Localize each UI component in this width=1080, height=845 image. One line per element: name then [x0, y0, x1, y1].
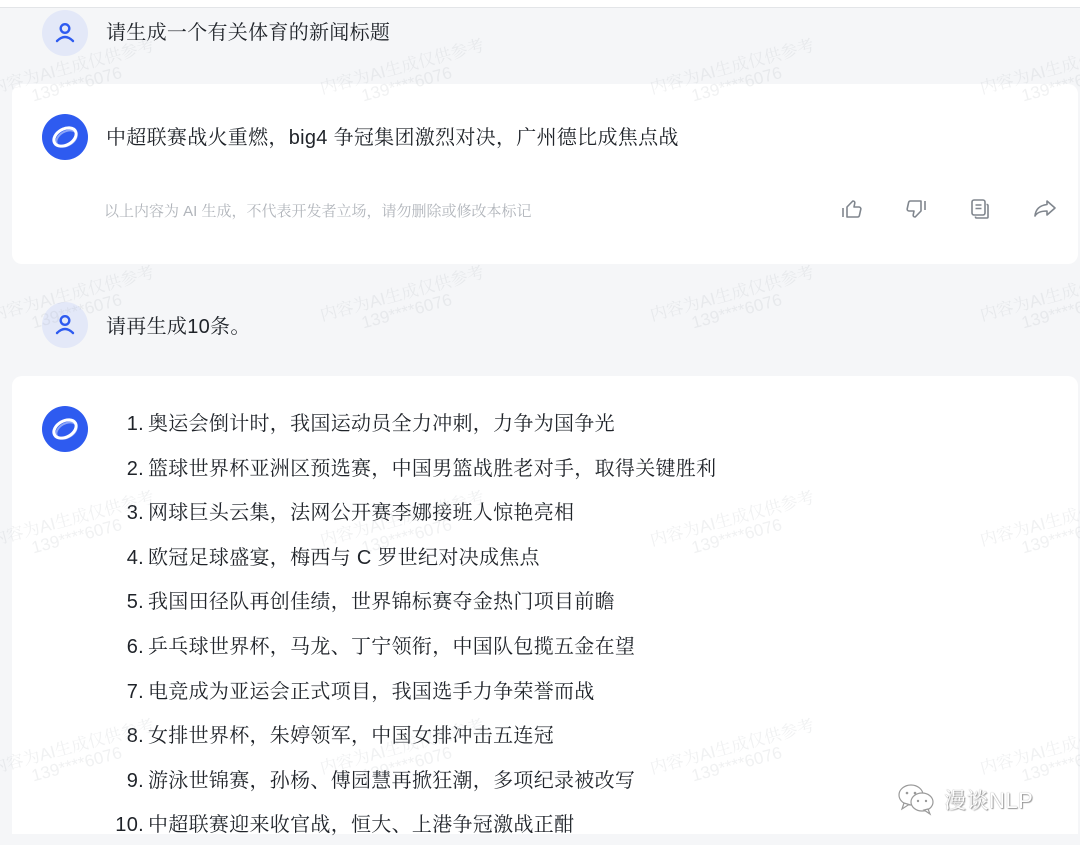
list-item: 9.游泳世锦赛，孙杨、傅园慧再掀狂潮，多项纪录被改写 [108, 761, 716, 806]
share-icon [1032, 197, 1058, 221]
brand-text: 漫谈NLP [944, 784, 1033, 815]
headline-list: 1.奥运会倒计时，我国运动员全力冲刺，力争为国争光 2.篮球世界杯亚洲区预选赛，… [108, 404, 716, 845]
list-item: 6.乒乓球世界杯，马龙、丁宁领衔，中国队包揽五金在望 [108, 627, 716, 672]
assistant-avatar [42, 114, 88, 160]
wechat-icon [896, 782, 938, 816]
assistant-message-text: 中超联赛战火重燃，big4 争冠集团激烈对决，广州德比成焦点战 [106, 121, 679, 150]
thumbs-down-icon [904, 197, 928, 221]
user-icon [53, 21, 77, 45]
user-avatar [42, 302, 88, 348]
user-message-text: 请生成一个有关体育的新闻标题 [106, 16, 390, 45]
list-item: 3.网球巨头云集，法网公开赛李娜接班人惊艳亮相 [108, 493, 716, 538]
thumbs-up-button[interactable] [840, 194, 904, 224]
assistant-message-card: 1.奥运会倒计时，我国运动员全力冲刺，力争为国争光 2.篮球世界杯亚洲区预选赛，… [12, 376, 1078, 834]
message-actions [840, 194, 1080, 224]
list-item: 2.篮球世界杯亚洲区预选赛，中国男篮战胜老对手，取得关键胜利 [108, 449, 716, 494]
user-icon [53, 313, 77, 337]
list-item: 7.电竞成为亚运会正式项目，我国选手力争荣誉而战 [108, 672, 716, 717]
ai-disclaimer: 以上内容为 AI 生成，不代表开发者立场，请勿删除或修改本标记 [104, 200, 532, 221]
brand-watermark: 漫谈NLP [896, 782, 1033, 816]
top-divider [0, 0, 1080, 8]
list-item: 5.我国田径队再创佳绩，世界锦标赛夺金热门项目前瞻 [108, 582, 716, 627]
user-message: 请再生成10条。 [0, 296, 1080, 352]
user-avatar [42, 10, 88, 56]
copy-button[interactable] [968, 194, 1032, 224]
list-item: 1.奥运会倒计时，我国运动员全力冲刺，力争为国争光 [108, 404, 716, 449]
assistant-message-card: 中超联赛战火重燃，big4 争冠集团激烈对决，广州德比成焦点战 以上内容为 AI… [12, 84, 1078, 264]
user-message: 请生成一个有关体育的新闻标题 [0, 8, 1080, 58]
thumbs-up-icon [840, 197, 864, 221]
list-item: 10.中超联赛迎来收官战，恒大、上港争冠激战正酣 [108, 805, 716, 845]
assistant-logo-icon [48, 120, 82, 154]
user-message-text: 请再生成10条。 [106, 310, 251, 339]
assistant-logo-icon [48, 412, 82, 446]
share-button[interactable] [1032, 194, 1080, 224]
list-item: 8.女排世界杯，朱婷领军，中国女排冲击五连冠 [108, 716, 716, 761]
thumbs-down-button[interactable] [904, 194, 968, 224]
copy-icon [968, 197, 992, 221]
list-item: 4.欧冠足球盛宴，梅西与 C 罗世纪对决成焦点 [108, 538, 716, 583]
assistant-avatar [42, 406, 88, 452]
